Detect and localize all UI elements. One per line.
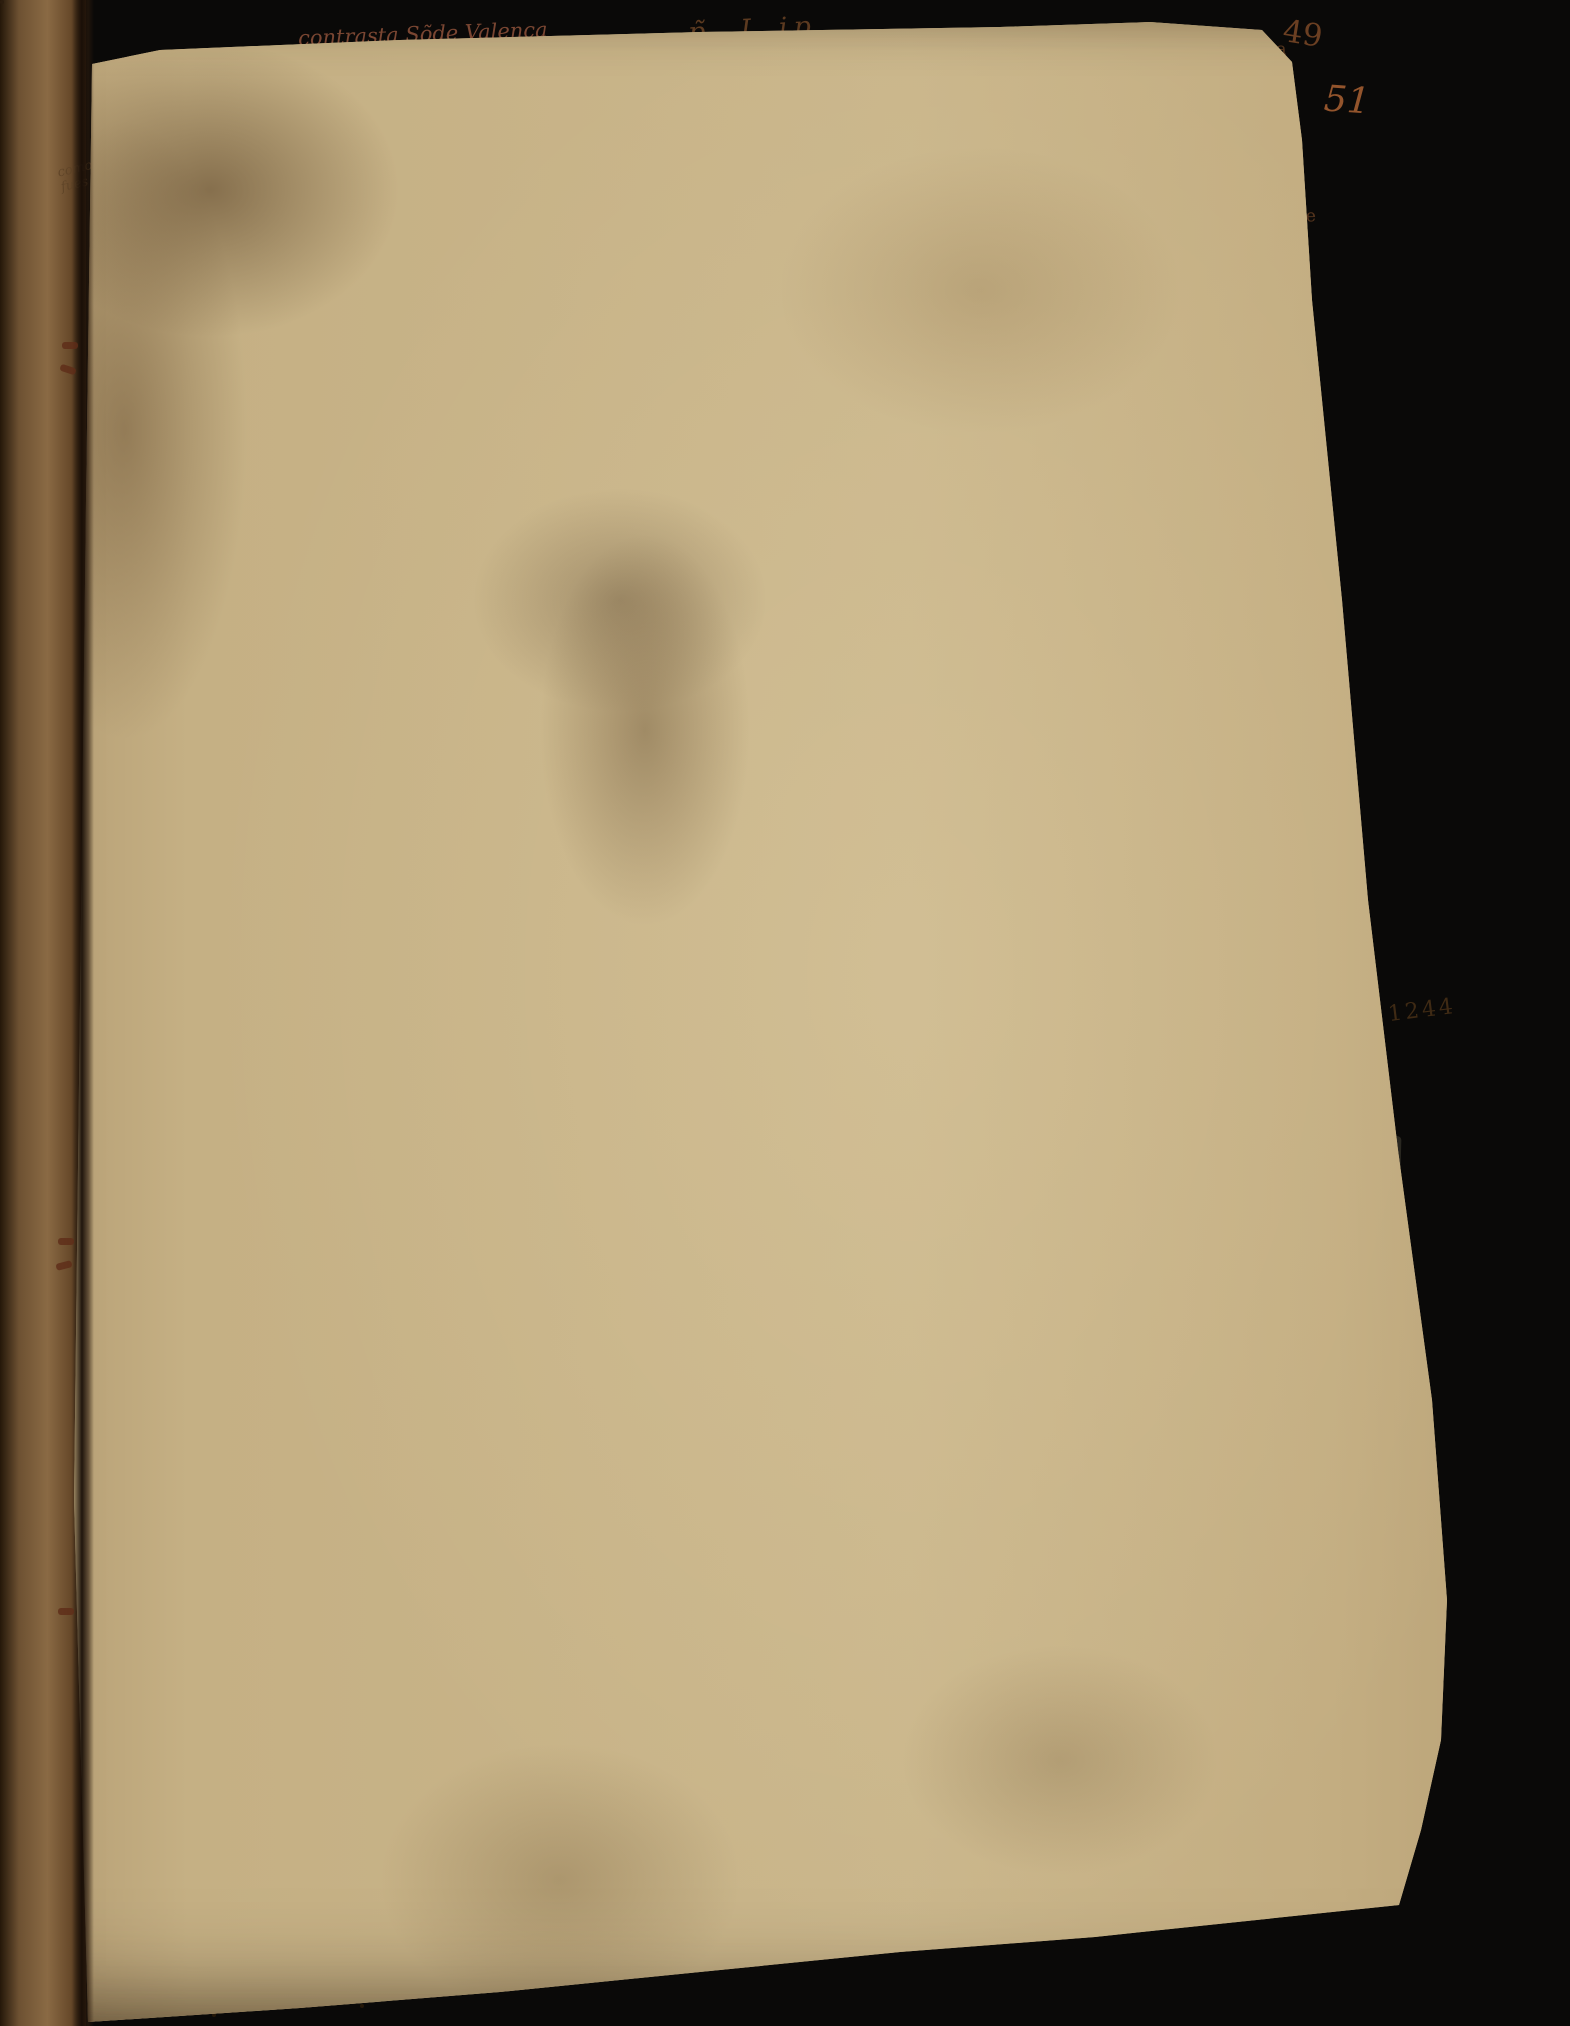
sewing-thread (58, 1238, 74, 1245)
sewing-thread (62, 342, 78, 349)
manuscript-scan: { "page": { "header": { "annotation_line… (0, 0, 1570, 2026)
margin-year-note: 1244 (1387, 994, 1458, 1027)
sewing-thread (58, 1608, 74, 1615)
wormholes (0, 0, 4, 4)
gutter-crease (72, 0, 94, 2026)
